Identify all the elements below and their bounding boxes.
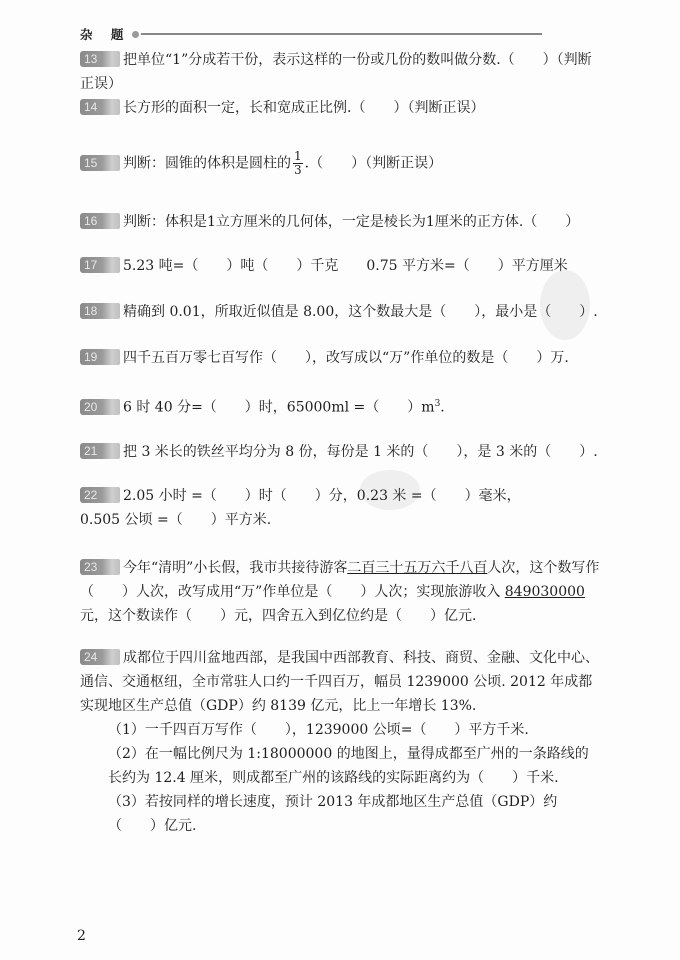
question-number-badge: 13 [80,51,120,67]
section-title: 杂 题 [80,25,130,43]
question-15: 15判断：圆锥的体积是圆柱的13.（ ）（判断正误） [80,150,600,177]
sub-question-2: （2）在一幅比例尺为 1:18000000 的地图上，量得成都至广州的一条路线的… [80,742,600,790]
question-19: 19四千五百万零七百写作（ ），改写成以“万”作单位的数是（ ）万. [80,346,600,370]
question-number-badge: 16 [80,213,120,229]
question-number-badge: 20 [80,399,120,415]
question-13: 13把单位“1”分成若干份，表示这样的一份或几份的数叫做分数.（ ）（判断正误） [80,48,600,96]
question-24: 24成都位于四川盆地西部，是我国中西部教育、科技、商贸、金融、文化中心、通信、交… [80,646,600,838]
question-14: 14长方形的面积一定，长和宽成正比例.（ ）（判断正误） [80,96,600,120]
question-23: 23今年“清明”小长假，我市共接待游客二百三十五万六千八百人次，这个数写作（ ）… [80,556,600,628]
question-text: 6 时 40 分=（ ）时，65000ml =（ ）m [123,400,435,416]
sub-question-1: （1）一千四百万写作（ ），1239000 公顷=（ ）平方千米. [80,718,600,742]
question-number-badge: 15 [80,155,120,171]
header-dot [132,31,139,38]
question-20: 206 时 40 分=（ ）时，65000ml =（ ）m3. [80,392,600,420]
question-16: 16判断：体积是1立方厘米的几何体，一定是棱长为1厘米的正方体.（ ） [80,210,600,234]
section-header: 杂 题 [80,24,542,44]
question-text: 四千五百万零七百写作（ ），改写成以“万”作单位的数是（ ）万. [123,350,569,366]
question-21: 21把 3 米长的铁丝平均分为 8 份，每份是 1 米的（ ），是 3 米的（ … [80,440,600,464]
question-number-badge: 19 [80,349,120,365]
question-number-badge: 23 [80,559,120,575]
question-18: 18精确到 0.01，所取近似值是 8.00，这个数最大是（ ），最小是（ ）. [80,300,600,324]
question-text: 把单位“1”分成若干份，表示这样的一份或几份的数叫做分数.（ ）（判断正误） [80,52,592,92]
question-number-badge: 14 [80,99,120,115]
sub-question-3: （3）若按同样的增长速度，预计 2013 年成都地区生产总值（GDP）约（ ）亿… [80,790,600,838]
question-text: 长方形的面积一定，长和宽成正比例.（ ）（判断正误） [123,100,484,116]
question-17: 175.23 吨=（ ）吨（ ）千克 0.75 平方米=（ ）平方厘米 [80,254,600,278]
underlined-income: 849030000 [505,584,585,600]
question-text-line2: 0.505 公顷 =（ ）平方米. [80,508,600,532]
question-text-after: .（ ）（判断正误） [305,156,442,172]
question-text: 判断：体积是1立方厘米的几何体，一定是棱长为1厘米的正方体.（ ） [123,214,579,230]
question-text-line1: 2.05 小时 =（ ）时（ ）分，0.23 米 =（ ）毫米， [123,488,521,504]
question-number-badge: 18 [80,303,120,319]
question-number-badge: 24 [80,649,120,665]
header-rule [141,33,542,35]
question-number-badge: 22 [80,487,120,503]
page-number: 2 [77,928,86,944]
fraction-one-third: 13 [293,150,303,177]
question-text: 精确到 0.01，所取近似值是 8.00，这个数最大是（ ），最小是（ ）. [123,304,598,320]
underlined-number-words: 二百三十五万六千八百 [347,560,487,576]
question-text: 判断：圆锥的体积是圆柱的 [123,156,291,172]
question-text: 5.23 吨=（ ）吨（ ）千克 0.75 平方米=（ ）平方厘米 [123,258,568,274]
question-text: 把 3 米长的铁丝平均分为 8 份，每份是 1 米的（ ），是 3 米的（ ）. [123,444,598,460]
question-22: 222.05 小时 =（ ）时（ ）分，0.23 米 =（ ）毫米， 0.505… [80,484,600,532]
question-number-badge: 17 [80,257,120,273]
question-number-badge: 21 [80,443,120,459]
question-intro: 成都位于四川盆地西部，是我国中西部教育、科技、商贸、金融、文化中心、通信、交通枢… [80,650,599,714]
